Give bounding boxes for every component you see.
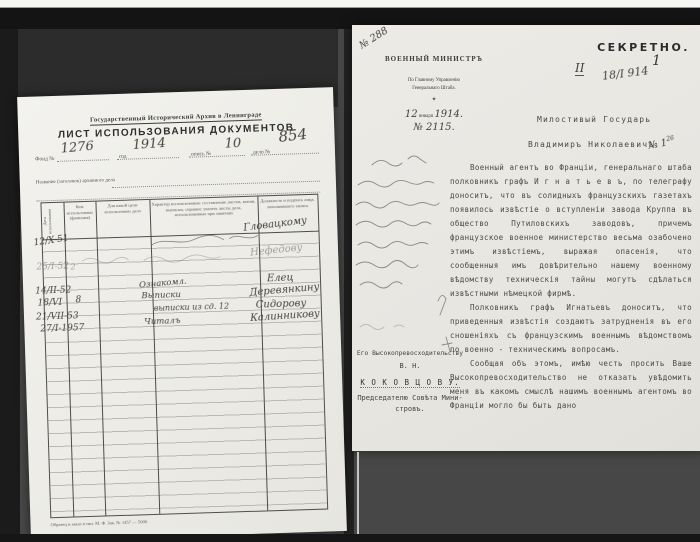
letterhead-via-2: Генеральнаго Штаба. [374,85,494,93]
letterhead: ВОЕННЫЙ МИНИСТРЪ По Главному Управленію … [374,55,494,133]
salutation-line-2: Владимиръ Николаевичъ. [528,140,660,149]
salutation-line-1: Милостивый Государь [537,115,651,124]
row-usage: Читалъ [144,316,181,327]
letterhead-divider: ✦ [374,96,494,103]
delo-value: 854 [277,125,308,146]
registry-date-mark: 18/I 914 [601,64,649,83]
folio-margin-number: № 126 [647,135,675,152]
col-header-character: Характер использования: составление лист… [150,199,257,234]
col-header-who: Кем использовано (фамилия) [65,204,96,237]
date-year: 1914. [434,109,463,120]
date-month: января [419,114,433,119]
row-usage-signature-scribble [149,229,262,251]
address-title-1: Председателю Совѣта Мини- [354,394,466,402]
folio-margin-sup: 26 [666,135,675,143]
marginalia-handwriting [354,151,456,361]
row-date: 18/VI [37,298,62,309]
registry-roman-mark: II [575,61,584,76]
row-usage: Выписки [141,290,181,301]
letterhead-date: 12 января 1914. [374,109,494,120]
row-signature: Елец [267,272,294,284]
delo-name-label: Название (заголовок) архивного дела [36,178,115,185]
letterhead-via-1: По Главному Управленію [374,77,494,85]
row-date: 25/I-52 [36,262,69,273]
opis-underline [189,154,245,158]
address-initials: В. Н. [354,362,466,370]
print-shop-note: Образец и заказ в тип. М. Ф. Зак. № 1457… [50,516,250,528]
paragraph-1: Военный агентъ во Франціи, генеральнаго … [450,161,692,301]
year-value: 1914 [132,136,166,153]
corner-registry-number: № 288 [357,25,390,51]
row-date: 21/VII-53 [36,311,79,322]
col-header-purpose: Для какой цели использовано дело [96,202,149,236]
secret-stamp: СЕКРЕТНО. [597,41,690,54]
film-scratch-line [357,452,359,536]
secret-letter-page: СЕКРЕТНО. № 288 1 ВОЕННЫЙ МИНИСТРЪ По Гл… [352,25,700,451]
address-honorific: Его Высокопревосходительству [354,350,466,357]
paragraph-2: Полковникъ графъ Игнатьевъ доноситъ, что… [450,301,692,357]
row-fio: 2 [70,262,75,271]
date-day: 12 [405,109,418,120]
microfilm-scan: Государственный Исторический Архив в Лен… [0,0,700,542]
address-title-2: стровъ. [354,405,466,413]
fond-value: 1276 [60,139,94,157]
letterhead-sender: ВОЕННЫЙ МИНИСТРЪ [374,55,494,63]
paragraph-3: Сообщая объ этомъ, имѣю честь просить Ва… [450,357,692,413]
usage-sheet-page: Государственный Исторический Архив в Лен… [17,87,347,541]
row-fio: 8 [75,295,81,305]
folio-page-number: 1 [652,53,661,69]
address-surname: К О К О В Ц О В У. [360,378,459,388]
document-number: № 2115. [374,122,494,133]
row-date: 14/II-52 [35,285,71,296]
film-bottom-band [0,534,700,542]
row-date: 27/I-1957 [40,323,84,334]
fond-label: Фонд № [35,156,55,163]
fond-underline [57,158,109,162]
address-block: Его Высокопревосходительству В. Н. К О К… [354,350,466,413]
letter-body: Военный агентъ во Франціи, генеральнаго … [450,161,692,413]
name-underline-1 [112,180,320,189]
opis-value: 10 [224,136,241,152]
film-top-strip [0,0,700,8]
col-header-date: Дата использования [42,205,65,238]
